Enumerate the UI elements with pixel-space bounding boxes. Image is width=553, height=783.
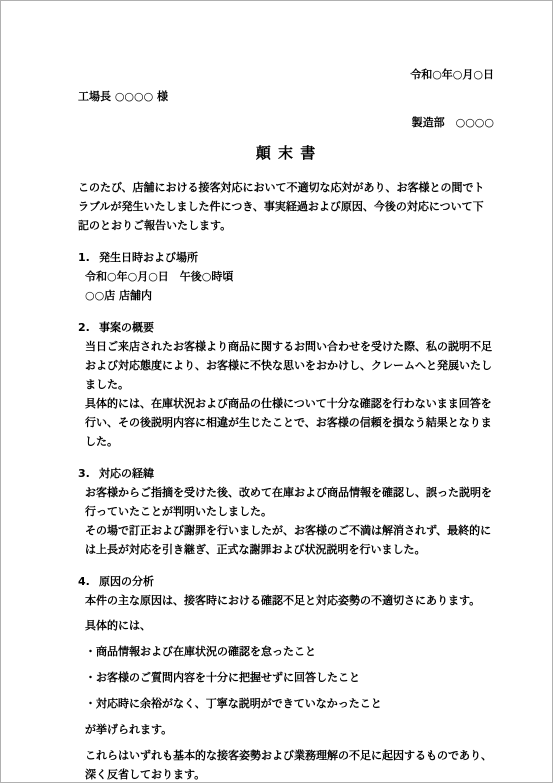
section-heading-row: 1. 発生日時および場所	[78, 248, 494, 267]
section-paragraph: お客様からご指摘を受けた後、改めて在庫および商品情報を確認し、誤った説明を行って…	[85, 483, 494, 521]
section-paragraph: 本件の主な原因は、接客時における確認不足と対応姿勢の不適切さにあります。	[85, 591, 494, 610]
closing-line: が挙げられます。	[85, 720, 494, 739]
section-heading: 対応の経緯	[99, 464, 154, 483]
section-heading: 事案の概要	[99, 318, 154, 337]
recipient-line: 工場長 ○○○○ 様	[78, 87, 494, 106]
section-paragraph: 令和○年○月○日 午後○時頃	[85, 267, 494, 286]
section-paragraph: その場で訂正および謝罪を行いましたが、お客様のご不満は解消されず、最終的には上長…	[85, 521, 494, 559]
section-body: 本件の主な原因は、接客時における確認不足と対応姿勢の不適切さにあります。 具体的…	[78, 591, 494, 783]
section-heading-row: 3. 対応の経緯	[78, 464, 494, 483]
intro-paragraph: このたび、店舗における接客対応において不適切な応対があり、お客様との間でトラブル…	[78, 178, 494, 235]
section-paragraph: ○○店 店舗内	[85, 286, 494, 305]
date-line: 令和○年○月○日	[78, 65, 494, 84]
bullet-item: ・お客様のご質問内容を十分に把握せずに回答したこと	[85, 668, 494, 687]
section-cause-analysis: 4. 原因の分析 本件の主な原因は、接客時における確認不足と対応姿勢の不適切さに…	[78, 572, 494, 783]
section-body: お客様からご指摘を受けた後、改めて在庫および商品情報を確認し、誤った説明を行って…	[78, 483, 494, 559]
section-occurrence: 1. 発生日時および場所 令和○年○月○日 午後○時頃 ○○店 店舗内	[78, 248, 494, 305]
section-number: 3.	[78, 464, 99, 483]
section-heading: 発生日時および場所	[99, 248, 198, 267]
section-heading: 原因の分析	[99, 572, 154, 591]
closing-paragraph: これらはいずれも基本的な接客姿勢および業務理解の不足に起因するものであり、深く反…	[85, 746, 494, 783]
section-heading-row: 4. 原因の分析	[78, 572, 494, 591]
document-title: 顛 末 書	[78, 141, 494, 165]
bullet-item: ・商品情報および在庫状況の確認を怠ったこと	[85, 642, 494, 661]
section-number: 2.	[78, 318, 99, 337]
section-response: 3. 対応の経緯 お客様からご指摘を受けた後、改めて在庫および商品情報を確認し、…	[78, 464, 494, 559]
section-paragraph: 具体的には、在庫状況および商品の仕様について十分な確認を行わないまま回答を行い、…	[85, 394, 494, 451]
section-heading-row: 2. 事案の概要	[78, 318, 494, 337]
sender-line: 製造部 ○○○○	[78, 113, 494, 132]
section-paragraph: 具体的には、	[85, 616, 494, 635]
section-summary: 2. 事案の概要 当日ご来店されたお客様より商品に関するお問い合わせを受けた際、…	[78, 318, 494, 451]
section-body: 令和○年○月○日 午後○時頃 ○○店 店舗内	[78, 267, 494, 305]
section-paragraph: 当日ご来店されたお客様より商品に関するお問い合わせを受けた際、私の説明不足および…	[85, 337, 494, 394]
section-number: 4.	[78, 572, 99, 591]
section-body: 当日ご来店されたお客様より商品に関するお問い合わせを受けた際、私の説明不足および…	[78, 337, 494, 451]
section-number: 1.	[78, 248, 99, 267]
document-page: 令和○年○月○日 工場長 ○○○○ 様 製造部 ○○○○ 顛 末 書 このたび、…	[0, 0, 553, 783]
bullet-item: ・対応時に余裕がなく、丁寧な説明ができていなかったこと	[85, 694, 494, 713]
